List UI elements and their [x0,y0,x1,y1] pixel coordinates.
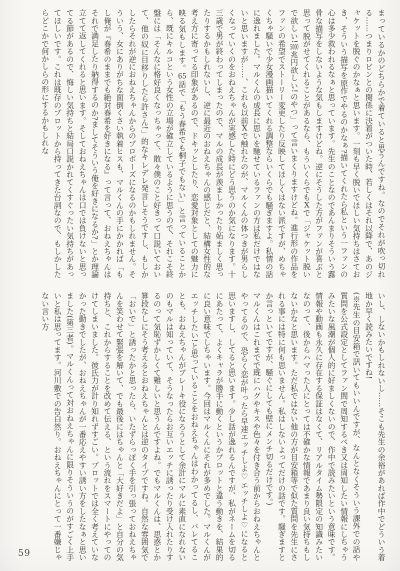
scanned-book-page: まっているかのどちらかで着ていると思うんですね。なのでそれが吹っ切れる……つまり… [0,0,400,571]
paragraph-main: マルくんはこれまでで既にハグやキスや色々を付き合う前からおねえちゃんとやってるの… [38,292,262,561]
paragraph-note: (※先生の目安箱で訊いてもいいんですが、なんとなくそういう課外での話や質問を公式… [262,292,362,561]
text-row-upper: まっているかのどちらかで着ていると思うんですね。なのでそれが吹っ切れる……つまり… [11,9,387,278]
text-content-area: まっているかのどちらかで着ていると思うんですね。なのでそれが吹っ切れる……つまり… [11,9,387,561]
paragraph-continued: まっているかのどちらかで着ていると思うんですね。なのでそれが吹っ切れる……つまり… [38,9,387,278]
paragraph-continuation: いし、しないかもしれないし……そこも先生の余裕があれば作中でどういう着地か早く読… [362,292,387,561]
page-number: 59 [18,549,30,559]
text-row-lower: いし、しないかもしれないし……そこも先生の余裕があれば作中でどういう着地か早く読… [11,292,387,561]
